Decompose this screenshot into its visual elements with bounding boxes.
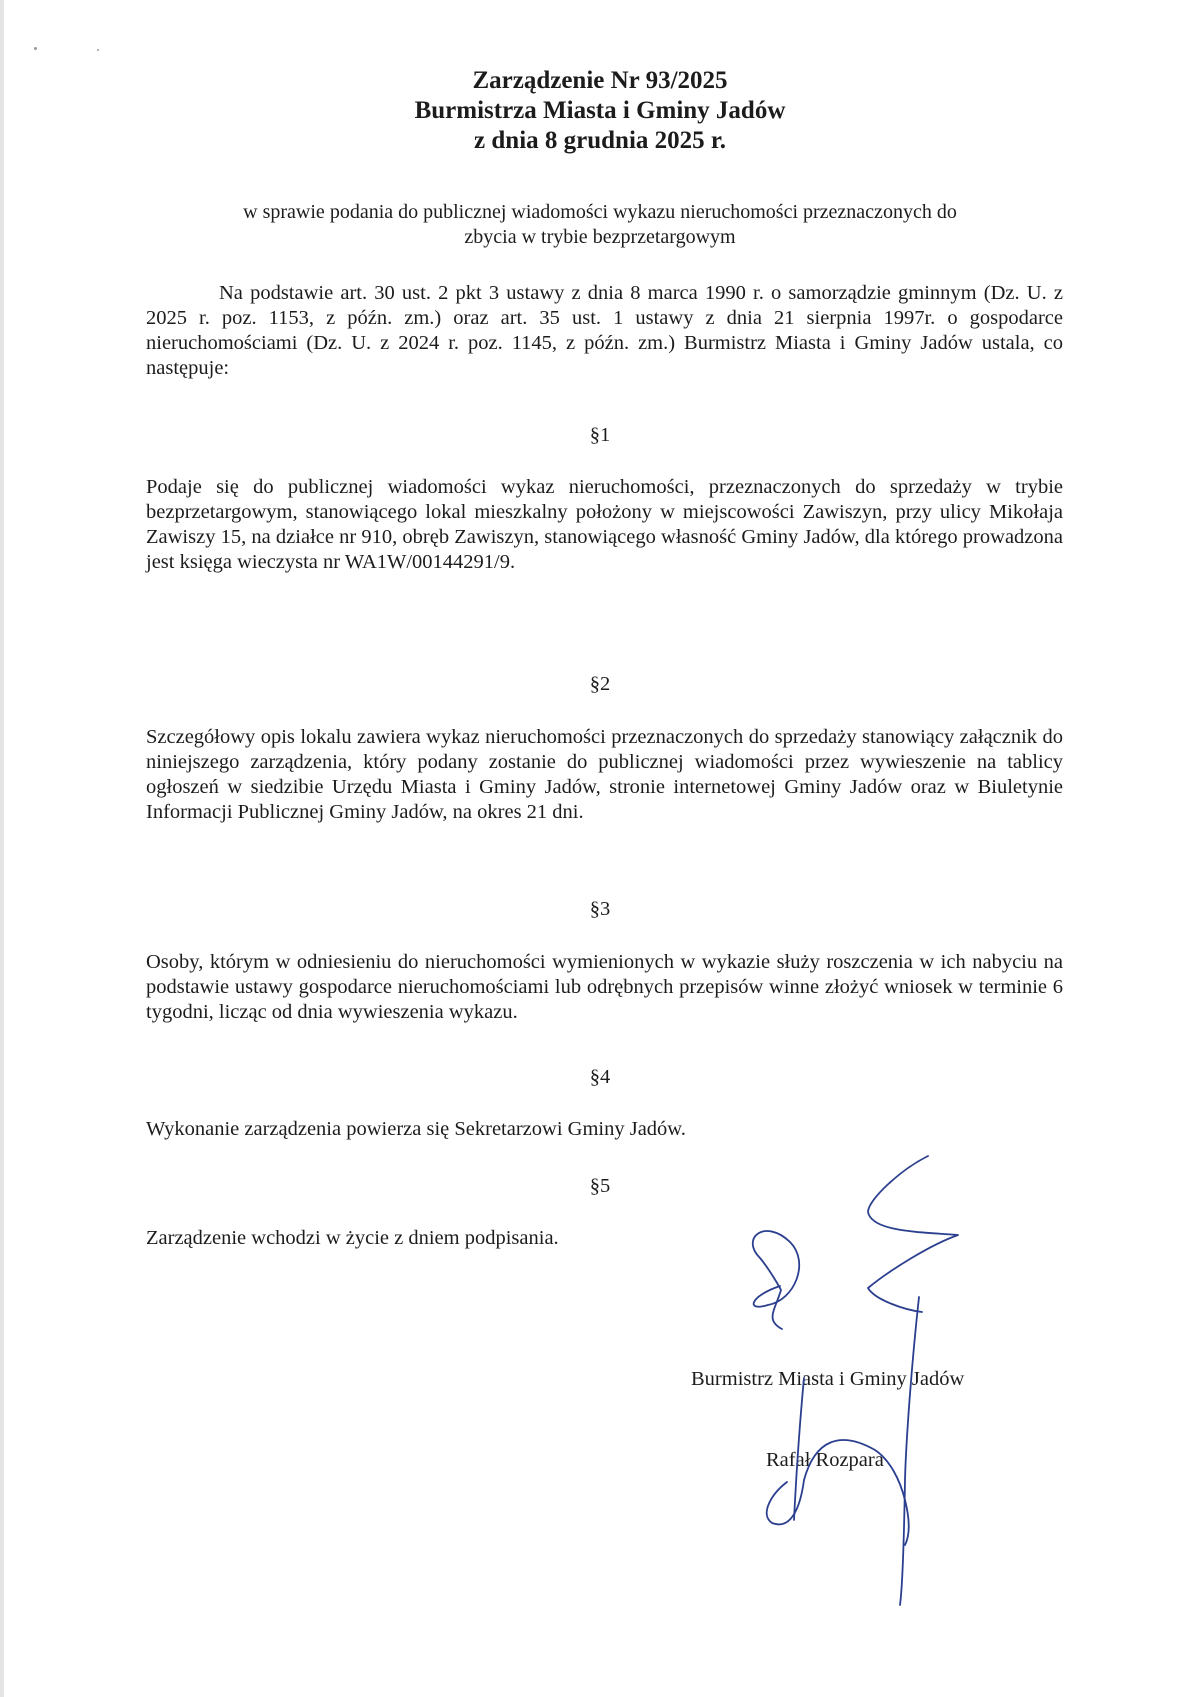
scan-speck xyxy=(34,47,37,50)
signatory-title: Burmistrz Miasta i Gminy Jadów xyxy=(691,1367,964,1392)
title-line-date: z dnia 8 grudnia 2025 r. xyxy=(0,126,1200,156)
title-line-issuer: Burmistrza Miasta i Gminy Jadów xyxy=(0,96,1200,126)
section-4-text: Wykonanie zarządzenia powierza się Sekre… xyxy=(146,1117,1063,1142)
section-1-text: Podaje się do publicznej wiadomości wyka… xyxy=(146,475,1063,575)
section-3-mark: §3 xyxy=(0,897,1200,922)
subject-line: zbycia w trybie bezprzetargowym xyxy=(150,225,1050,250)
section-2-text: Szczegółowy opis lokalu zawiera wykaz ni… xyxy=(146,725,1063,825)
section-5-text: Zarządzenie wchodzi w życie z dniem podp… xyxy=(146,1226,1063,1251)
subject-line: w sprawie podania do publicznej wiadomoś… xyxy=(150,200,1050,225)
handwritten-signature-icon xyxy=(0,0,1200,1697)
section-2-mark: §2 xyxy=(0,672,1200,697)
scan-speck xyxy=(97,49,99,51)
section-1-mark: §1 xyxy=(0,423,1200,448)
document-title: Zarządzenie Nr 93/2025 Burmistrza Miasta… xyxy=(0,66,1200,156)
section-4-mark: §4 xyxy=(0,1065,1200,1090)
title-line-number: Zarządzenie Nr 93/2025 xyxy=(0,66,1200,96)
scan-edge xyxy=(0,0,4,1697)
section-5-mark: §5 xyxy=(0,1174,1200,1199)
signatory-name: Rafał Rozpara xyxy=(766,1448,884,1473)
section-3-text: Osoby, którym w odniesieniu do nieruchom… xyxy=(146,950,1063,1025)
document-subject: w sprawie podania do publicznej wiadomoś… xyxy=(150,200,1050,250)
preamble: Na podstawie art. 30 ust. 2 pkt 3 ustawy… xyxy=(146,281,1063,381)
